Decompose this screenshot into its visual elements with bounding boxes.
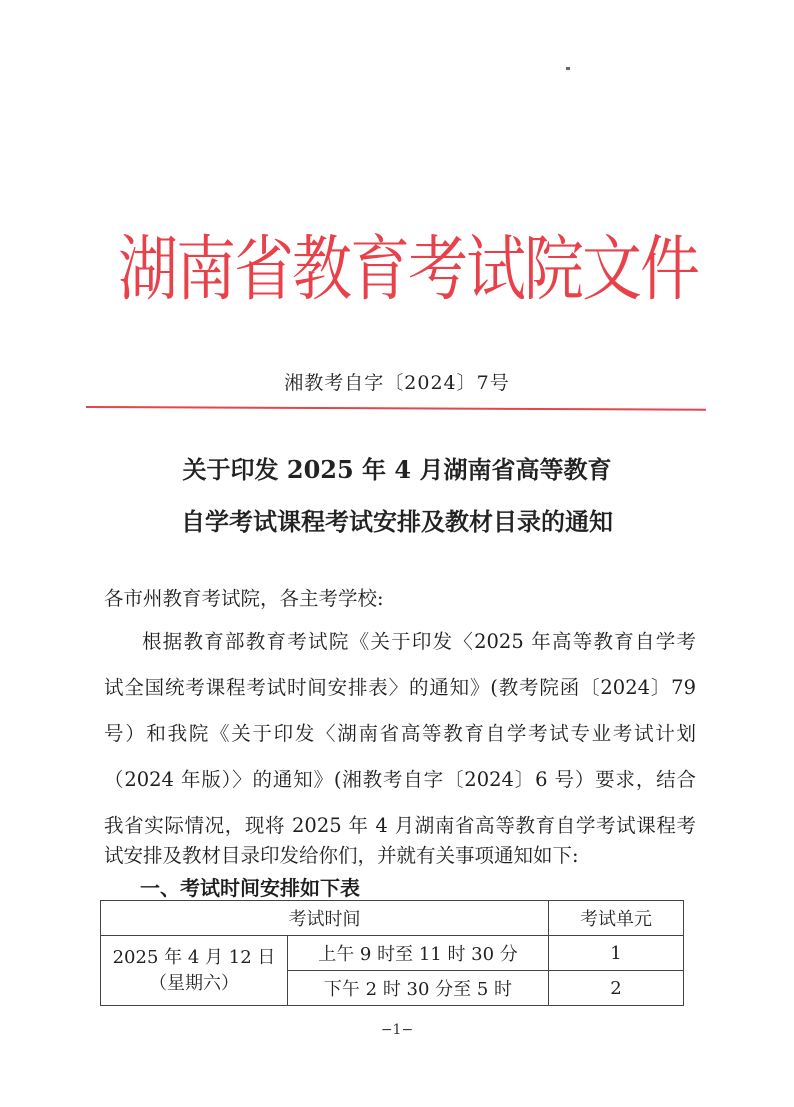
red-divider-rule xyxy=(86,406,706,411)
body-line-5: 我省实际情况，现将 2025 年 4 月湖南省高等教育自学考试课程考 xyxy=(104,810,696,838)
salutation: 各市州教育考试院，各主考学校: xyxy=(104,580,696,618)
body-line-4: （2024 年版）〉的通知》(湘教考自字〔2024〕6 号）要求，结合 xyxy=(104,764,696,792)
notice-title-line-2: 自学考试课程考试安排及教材目录的通知 xyxy=(0,504,794,540)
scan-artifact xyxy=(566,67,570,70)
table-row: 2025 年 4 月 12 日 （星期六） 上午 9 时至 11 时 30 分 … xyxy=(101,936,684,971)
exam-time-afternoon: 下午 2 时 30 分至 5 时 xyxy=(288,971,549,1006)
notice-title-line-1: 关于印发 2025 年 4 月湖南省高等教育 xyxy=(0,452,794,488)
table-header-row: 考试时间 考试单元 xyxy=(101,901,684,936)
document-number: 湘教考自字〔2024〕7号 xyxy=(0,369,794,397)
exam-unit-2: 2 xyxy=(549,971,684,1006)
body-line-3: 号）和我院《关于印发〈湖南省高等教育自学考试专业考试计划 xyxy=(104,718,696,746)
header-exam-time: 考试时间 xyxy=(101,901,549,936)
body-line-2: 试全国统考课程考试时间安排表〉的通知》(教考院函〔2024〕79 xyxy=(104,672,696,700)
header-exam-unit: 考试单元 xyxy=(549,901,684,936)
exam-weekday: （星期六） xyxy=(101,971,287,997)
body-line-6: 试安排及教材目录印发给你们，并就有关事项通知如下: xyxy=(104,840,696,868)
exam-time-morning: 上午 9 时至 11 时 30 分 xyxy=(288,936,549,971)
exam-schedule-table: 考试时间 考试单元 2025 年 4 月 12 日 （星期六） 上午 9 时至 … xyxy=(100,900,684,1006)
exam-unit-1: 1 xyxy=(549,936,684,971)
org-header-title: 湖南省教育考试院文件 xyxy=(118,213,678,326)
section-heading-exam-schedule: 一、考试时间安排如下表 xyxy=(140,872,360,901)
page-number: −1− xyxy=(0,1022,794,1038)
body-line-1: 根据教育部教育考试院《关于印发〈2025 年高等教育自学考 xyxy=(142,626,696,654)
exam-date-cell: 2025 年 4 月 12 日 （星期六） xyxy=(101,936,288,1006)
exam-date: 2025 年 4 月 12 日 xyxy=(101,945,287,971)
